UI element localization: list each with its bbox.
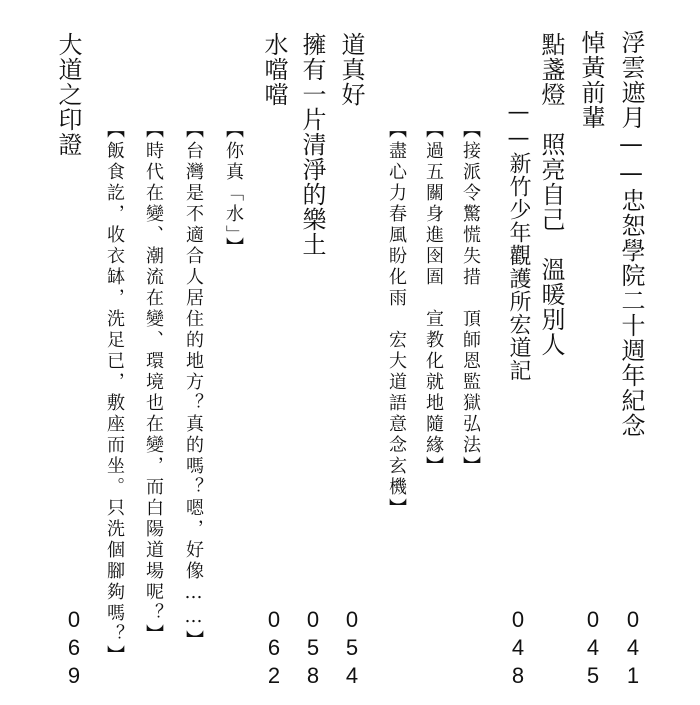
page-digit: 0 bbox=[303, 606, 323, 634]
page-digit: 9 bbox=[64, 662, 84, 690]
subitem-text: 【過五關身進囹圄 宣教化就地隨緣】 bbox=[423, 120, 444, 477]
subitem-text: 【台灣是不適合人居住的地方？真的嗎？嗯，好像……】 bbox=[183, 120, 204, 651]
page-digit: 6 bbox=[64, 634, 84, 662]
page-digit: 8 bbox=[303, 662, 323, 690]
entry-title-text: 浮雲遮月 bbox=[617, 30, 645, 130]
page-digit: 4 bbox=[583, 634, 603, 662]
toc-entry-title[interactable]: 道真好 bbox=[339, 32, 363, 107]
entry-title-text: 水噹噹 bbox=[260, 32, 288, 107]
subitem-text: 【接派令驚慌失措 頂師恩監獄弘法】 bbox=[460, 120, 481, 477]
entry-title-text: 悼黃前輩 bbox=[577, 30, 605, 130]
page-number: 0 6 2 bbox=[264, 606, 284, 690]
page-digit: 6 bbox=[264, 634, 284, 662]
toc-entry-subtitle: ——新竹少年觀護所宏道記 bbox=[507, 100, 529, 382]
page-digit: 0 bbox=[583, 606, 603, 634]
toc-subitem[interactable]: 【接派令驚慌失措 頂師恩監獄弘法】 bbox=[461, 120, 479, 477]
page-number: 0 5 8 bbox=[303, 606, 323, 690]
page-digit: 2 bbox=[264, 662, 284, 690]
toc-subitem[interactable]: 【過五關身進囹圄 宣教化就地隨緣】 bbox=[424, 120, 442, 477]
subitem-text: 【飯食訖，收衣缽，洗足已，敷座而坐。只洗個腳夠嗎？】 bbox=[104, 120, 125, 666]
page-number: 0 4 1 bbox=[623, 606, 643, 690]
page-digit: 1 bbox=[623, 662, 643, 690]
page-digit: 8 bbox=[508, 662, 528, 690]
entry-title-text: 擁有一片清淨的樂土 bbox=[298, 32, 326, 257]
toc-subitem[interactable]: 【時代在變、潮流在變、環境也在變，而白陽道場呢？】 bbox=[144, 120, 162, 645]
entry-title-text: 點盞燈 照亮自己 溫暖別人 bbox=[537, 32, 565, 357]
page-digit: 5 bbox=[303, 634, 323, 662]
entry-title-text: 大道之印證 bbox=[54, 32, 82, 157]
subitem-text: 【時代在變、潮流在變、環境也在變，而白陽道場呢？】 bbox=[143, 120, 164, 645]
page-number: 0 6 9 bbox=[64, 606, 84, 690]
toc-entry-title[interactable]: 水噹噹 bbox=[262, 32, 286, 107]
page-digit: 0 bbox=[623, 606, 643, 634]
page-digit: 0 bbox=[508, 606, 528, 634]
entry-subtitle-text: ——新竹少年觀護所宏道記 bbox=[506, 100, 531, 382]
page-digit: 0 bbox=[264, 606, 284, 634]
dash-separator: —— bbox=[619, 130, 643, 188]
toc-subitem[interactable]: 【台灣是不適合人居住的地方？真的嗎？嗯，好像……】 bbox=[184, 120, 202, 651]
page-digit: 5 bbox=[342, 634, 362, 662]
page-number: 0 4 8 bbox=[508, 606, 528, 690]
page-digit: 4 bbox=[508, 634, 528, 662]
subitem-text: 【你真「水」】 bbox=[223, 120, 244, 258]
page-number: 0 5 4 bbox=[342, 606, 362, 690]
toc-entry-title[interactable]: 點盞燈 照亮自己 溫暖別人 bbox=[539, 32, 563, 357]
page-digit: 4 bbox=[342, 662, 362, 690]
page-digit: 0 bbox=[342, 606, 362, 634]
toc-entry-title[interactable]: 擁有一片清淨的樂土 bbox=[300, 32, 324, 257]
toc-subitem[interactable]: 【盡心力春風盼化雨 宏大道語意念玄機】 bbox=[387, 120, 405, 519]
subitem-text: 【盡心力春風盼化雨 宏大道語意念玄機】 bbox=[386, 120, 407, 519]
entry-title-suffix: 忠恕學院二十週年紀念 bbox=[617, 188, 645, 438]
toc-entry-title[interactable]: 浮雲遮月——忠恕學院二十週年紀念 bbox=[619, 30, 643, 438]
page-digit: 5 bbox=[583, 662, 603, 690]
page-number: 0 4 5 bbox=[583, 606, 603, 690]
page-digit: 0 bbox=[64, 606, 84, 634]
toc-entry-title[interactable]: 悼黃前輩 bbox=[579, 30, 603, 130]
toc-subitem[interactable]: 【飯食訖，收衣缽，洗足已，敷座而坐。只洗個腳夠嗎？】 bbox=[105, 120, 123, 666]
entry-title-text: 道真好 bbox=[337, 32, 365, 107]
page-digit: 4 bbox=[623, 634, 643, 662]
toc-subitem[interactable]: 【你真「水」】 bbox=[224, 120, 242, 258]
toc-entry-title[interactable]: 大道之印證 bbox=[56, 32, 80, 157]
